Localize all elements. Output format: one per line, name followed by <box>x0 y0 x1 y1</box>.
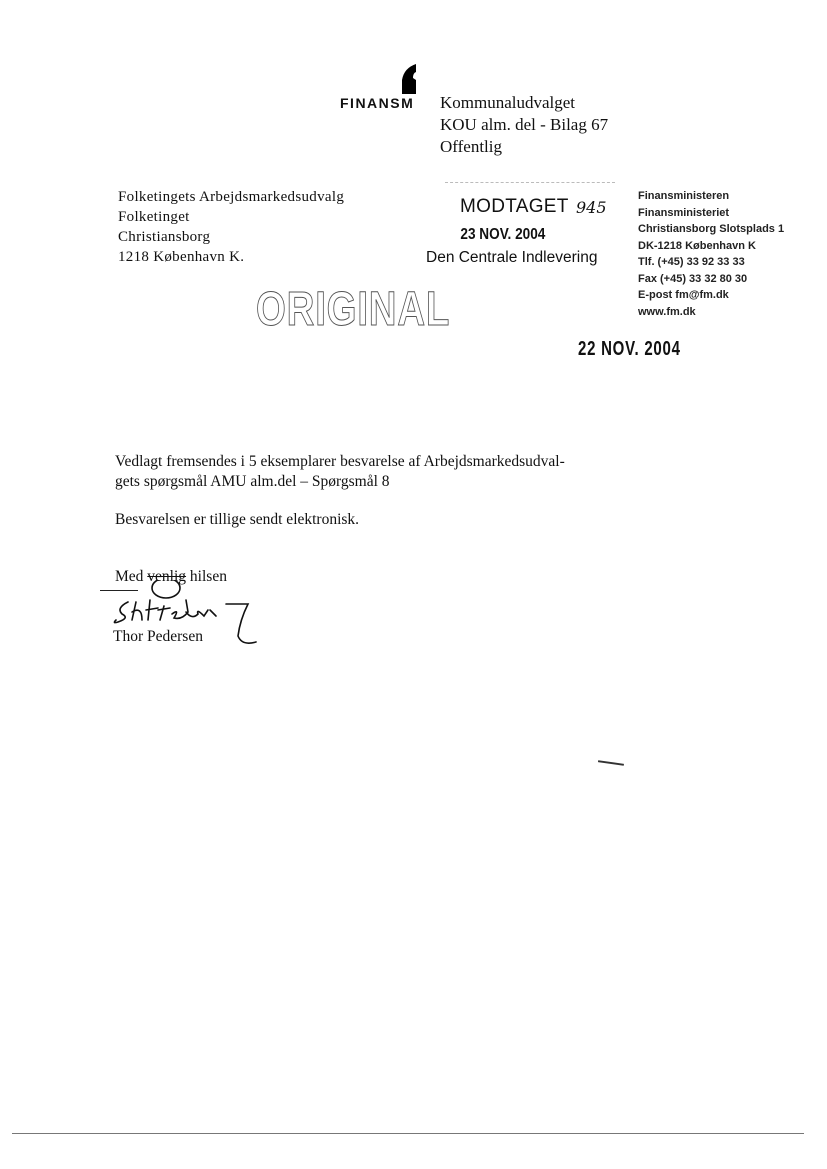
body-paragraph-1: Vedlagt fremsendes i 5 eksemplarer besva… <box>115 452 615 492</box>
sender-phone: Tlf. (+45) 33 92 33 33 <box>638 254 784 271</box>
stamp-border <box>445 182 615 183</box>
classification: Offentlig <box>440 136 608 158</box>
body-paragraph-2: Besvarelsen er tillige sendt elektronisk… <box>115 511 359 529</box>
body-line: gets spørgsmål AMU alm.del – Spørgsmål 8 <box>115 472 615 492</box>
handwritten-number: 945 <box>576 198 607 217</box>
recipient-address: Folketingets Arbejdsmarkedsudvalg Folket… <box>118 187 344 267</box>
sender-address: Christiansborg Slotsplads 1 <box>638 221 784 238</box>
sender-email: E-post fm@fm.dk <box>638 287 784 304</box>
body-line: Vedlagt fremsendes i 5 eksemplarer besva… <box>115 452 615 472</box>
original-stamp: ORIGINAL <box>256 282 450 337</box>
sender-ministry: Finansministeriet <box>638 205 784 222</box>
letter-date: 22 NOV. 2004 <box>578 338 681 361</box>
finansministeriet-logo-icon <box>398 64 418 94</box>
committee: Kommunaludvalget <box>440 92 608 114</box>
recipient-line: Folketingets Arbejdsmarkedsudvalg <box>118 187 344 207</box>
signer-name: Thor Pedersen <box>113 628 203 646</box>
sender-city: DK-1218 København K <box>638 238 784 255</box>
page-bottom-line <box>12 1133 804 1134</box>
sender-block: Finansministeren Finansministeriet Chris… <box>638 188 784 320</box>
recipient-line: Christiansborg <box>118 227 344 247</box>
recipient-line: Folketinget <box>118 207 344 227</box>
sender-name: Finansministeren <box>638 188 784 205</box>
received-stamp-date: 23 NOV. 2004 <box>440 226 589 244</box>
logo-wordmark: FINANSM <box>340 95 414 111</box>
document-reference: KOU alm. del - Bilag 67 <box>440 114 608 136</box>
recipient-line: 1218 København K. <box>118 247 344 267</box>
received-stamp-place: Den Centrale Indlevering <box>426 249 615 267</box>
header-meta: Kommunaludvalget KOU alm. del - Bilag 67… <box>440 92 608 158</box>
scan-mark <box>598 760 624 765</box>
sender-fax: Fax (+45) 33 32 80 30 <box>638 271 784 288</box>
sender-web: www.fm.dk <box>638 304 784 321</box>
